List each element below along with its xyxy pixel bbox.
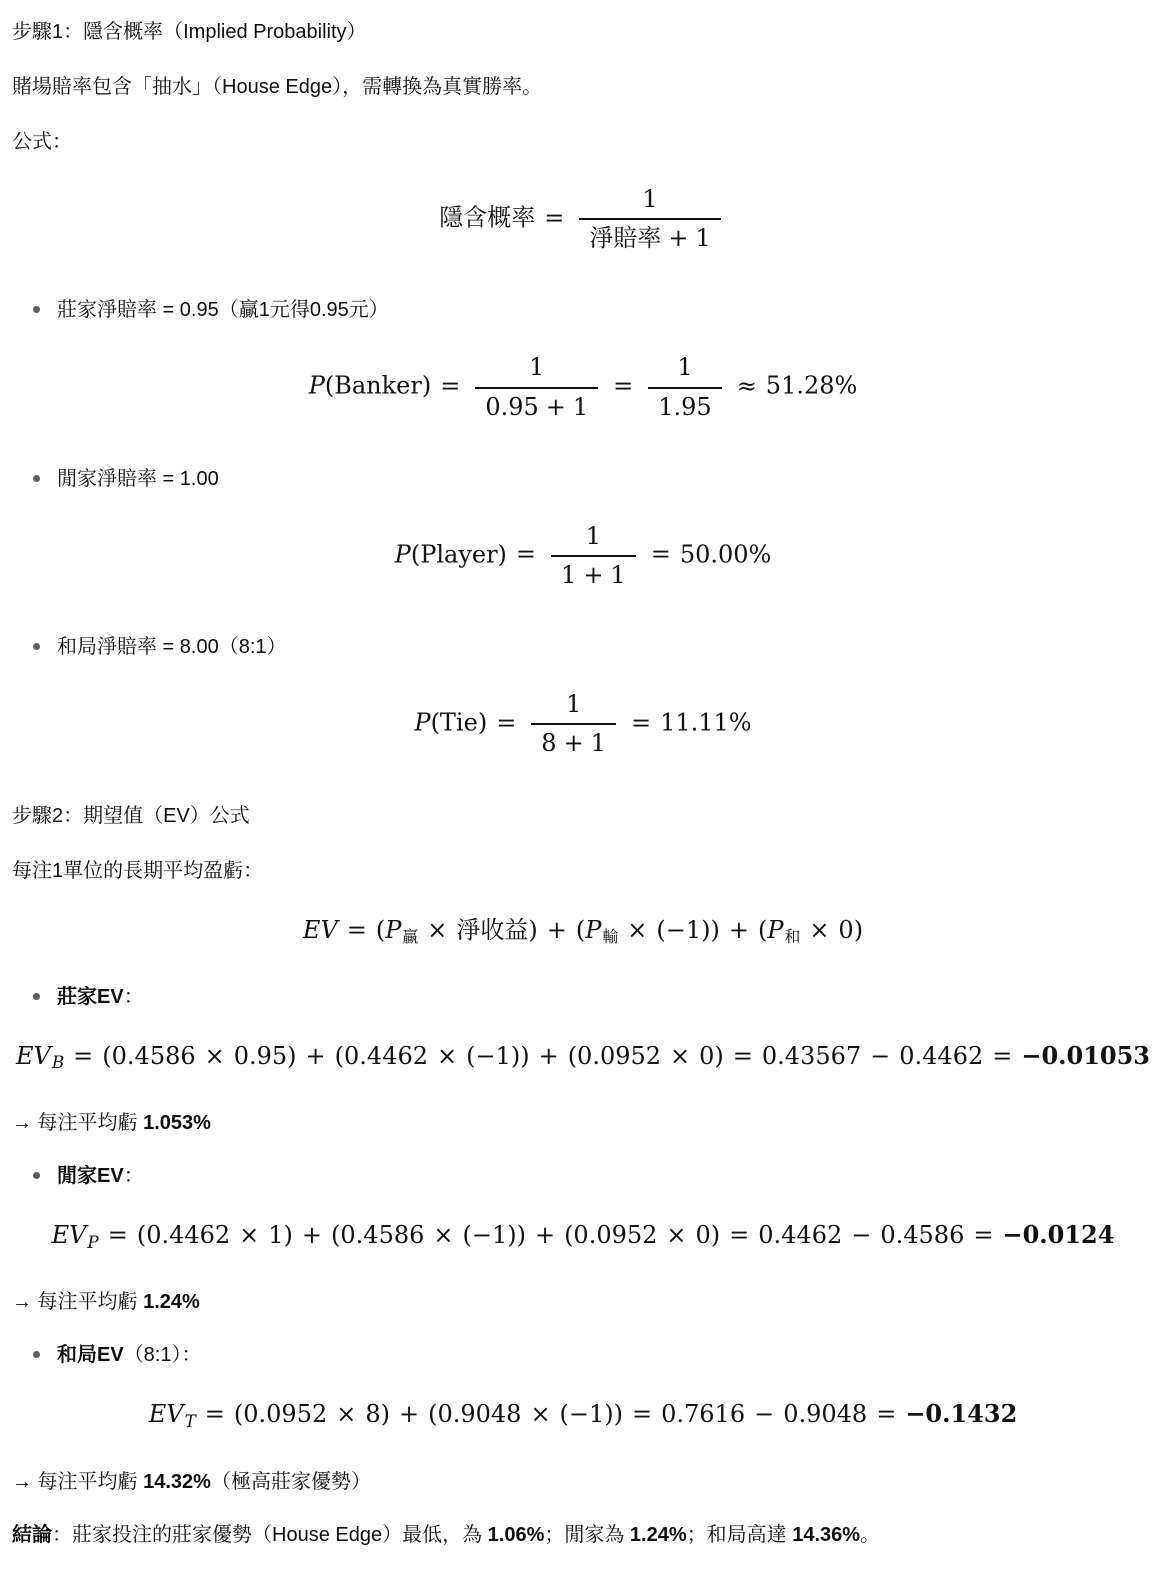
bullet-text: 莊家EV： <box>57 984 144 1010</box>
conclusion-text: ；和局高達 <box>687 1524 793 1546</box>
note-value: 14.32% <box>143 1471 211 1493</box>
banker-ev-label: 莊家EV <box>57 986 124 1008</box>
bullet-icon <box>33 1351 40 1358</box>
player-ev-label: 閒家EV <box>57 1165 124 1187</box>
formula-tie-probability: P(Tie)=18+1=11.11% <box>12 686 1154 762</box>
conclusion-text: 。 <box>860 1524 880 1546</box>
banker-ev-note: → 每注平均虧 1.053% <box>12 1110 1154 1136</box>
bullet-icon <box>33 1172 40 1179</box>
banker-ev-label-rest: ： <box>124 986 144 1008</box>
document: 步驟1：隱含概率（Implied Probability） 賭場賠率包含「抽水」… <box>0 0 1166 1572</box>
formula-banker-probability: P(Banker)=10.95+1=11.95≈51.28% <box>12 349 1154 425</box>
list-item-tie-odds: 和局淨賠率 = 8.00（8:1） <box>12 634 1154 660</box>
note-text: → 每注平均虧 <box>12 1471 143 1493</box>
tie-ev-label-rest: （8:1）： <box>124 1344 202 1366</box>
formula-ev-banker: EVB=(0.4586×0.95)+(0.4462×(−1))+(0.0952×… <box>12 1040 1154 1074</box>
formula-implied-probability: 隱含概率=1淨賠率+1 <box>12 181 1154 257</box>
bullet-text: 閒家淨賠率 = 1.00 <box>57 466 219 492</box>
formula-ev-player: EVP=(0.4462×1)+(0.4586×(−1))+(0.0952×0)=… <box>12 1219 1154 1253</box>
note-text: → 每注平均虧 <box>12 1112 143 1134</box>
conclusion-text: ：莊家投注的莊家優勢（House Edge）最低，為 <box>52 1524 488 1546</box>
conclusion-value-tie: 14.36% <box>792 1524 860 1546</box>
formula-player-probability: P(Player)=11+1=50.00% <box>12 518 1154 594</box>
step1-heading: 步驟1：隱含概率（Implied Probability） <box>12 19 1154 45</box>
list-item-tie-ev: 和局EV（8:1）： <box>12 1342 1154 1368</box>
step1-intro: 賭場賠率包含「抽水」（House Edge），需轉換為真實勝率。 <box>12 74 1154 100</box>
conclusion-value-player: 1.24% <box>630 1524 687 1546</box>
formula-ev-general: EV=(P贏×淨收益)+(P輸×(−1))+(P和×0) <box>12 914 1154 948</box>
conclusion-value-banker: 1.06% <box>488 1524 545 1546</box>
tie-ev-note: → 每注平均虧 14.32%（極高莊家優勢） <box>12 1469 1154 1495</box>
step2-heading: 步驟2：期望值（EV）公式 <box>12 803 1154 829</box>
bullet-text: 莊家淨賠率 = 0.95（贏1元得0.95元） <box>57 297 389 323</box>
bullet-icon <box>33 475 40 482</box>
bullet-icon <box>33 643 40 650</box>
step2-intro: 每注1單位的長期平均盈虧： <box>12 858 1154 884</box>
bullet-text: 和局EV（8:1）： <box>57 1342 202 1368</box>
note-text: → 每注平均虧 <box>12 1291 143 1313</box>
player-ev-note: → 每注平均虧 1.24% <box>12 1289 1154 1315</box>
player-ev-label-rest: ： <box>124 1165 144 1187</box>
formula-ev-tie: EVT=(0.0952×8)+(0.9048×(−1))=0.7616−0.90… <box>12 1398 1154 1432</box>
note-value: 1.053% <box>143 1112 211 1134</box>
list-item-player-ev: 閒家EV： <box>12 1163 1154 1189</box>
note-suffix: （極高莊家優勢） <box>211 1471 371 1493</box>
list-item-banker-odds: 莊家淨賠率 = 0.95（贏1元得0.95元） <box>12 297 1154 323</box>
list-item-player-odds: 閒家淨賠率 = 1.00 <box>12 466 1154 492</box>
bullet-text: 閒家EV： <box>57 1163 144 1189</box>
bullet-icon <box>33 993 40 1000</box>
list-item-banker-ev: 莊家EV： <box>12 984 1154 1010</box>
tie-ev-label: 和局EV <box>57 1344 124 1366</box>
conclusion-label: 結論 <box>12 1524 52 1546</box>
formula-label: 公式： <box>12 129 1154 155</box>
conclusion: 結論：莊家投注的莊家優勢（House Edge）最低，為 1.06%；閒家為 1… <box>12 1522 1154 1548</box>
bullet-text: 和局淨賠率 = 8.00（8:1） <box>57 634 287 660</box>
conclusion-text: ；閒家為 <box>544 1524 630 1546</box>
bullet-icon <box>33 306 40 313</box>
note-value: 1.24% <box>143 1291 200 1313</box>
